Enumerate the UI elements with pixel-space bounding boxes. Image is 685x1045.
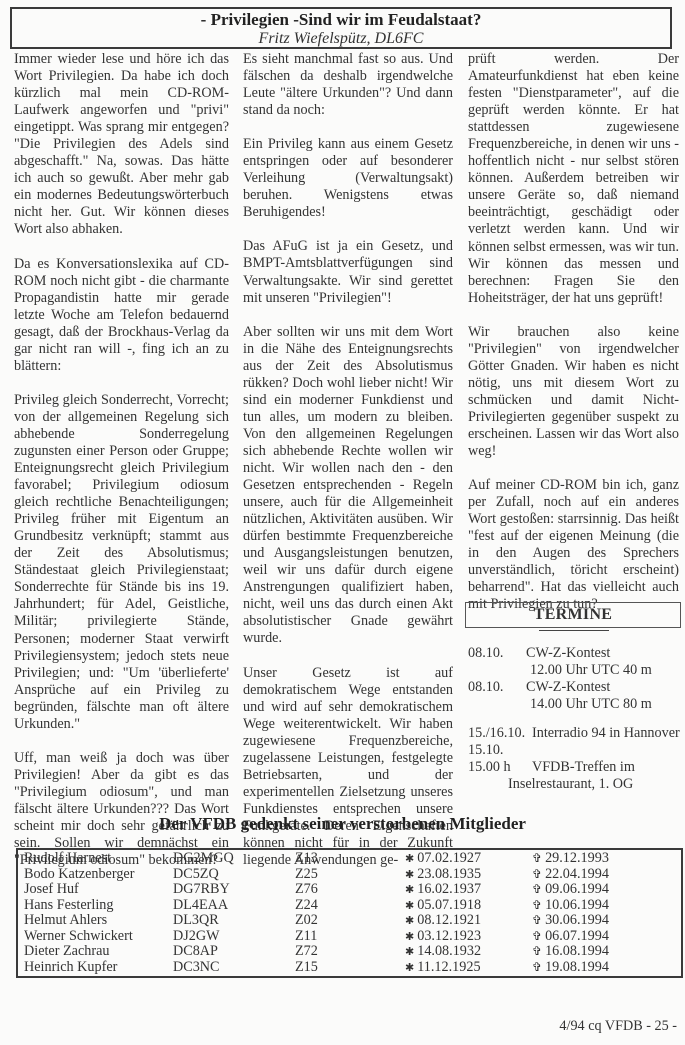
member-callsign: DJ2GW [173, 929, 295, 945]
member-name: Werner Schwickert [18, 929, 173, 945]
article-column-3: prüft werden. Der Amateurfunkdienst hat … [468, 51, 679, 631]
death-date: 22.04.1994 [545, 866, 609, 882]
member-callsign: DL4EAA [173, 898, 295, 914]
page-footer: 4/94 cq VFDB - 25 - [559, 1018, 677, 1035]
birth-star-icon: ✱ [405, 899, 414, 912]
paragraph: Es sieht manchmal fast so aus. Und fälsc… [243, 51, 453, 119]
article-column-2: Es sieht manchmal fast so aus. Und fälsc… [243, 51, 453, 886]
member-callsign: DC5ZQ [173, 867, 295, 883]
article-author: Fritz Wiefelspütz, DL6FC [12, 29, 670, 48]
death-cross-icon: ✞ [532, 929, 542, 943]
termine-date: 15./16.10. [468, 725, 532, 742]
paragraph: Unser Gesetz ist auf demokratischem Wege… [243, 665, 453, 870]
member-district: Z13 [295, 851, 405, 867]
member-district: Z72 [295, 944, 405, 960]
table-row: Josef Huf DG7RBY Z76 ✱16.02.1937 ✞09.06.… [18, 882, 681, 898]
death-cross-icon: ✞ [532, 851, 542, 865]
birth-star-icon: ✱ [405, 883, 414, 896]
birth-date: 16.02.1937 [417, 881, 481, 897]
death-cross-icon: ✞ [532, 867, 542, 881]
birth-star-icon: ✱ [405, 945, 414, 958]
member-callsign: DG7RBY [173, 882, 295, 898]
paragraph: Das AFuG ist ja ein Gesetz, und BMPT-Amt… [243, 238, 453, 306]
birth-star-icon: ✱ [405, 914, 414, 927]
termine-entry: 15.00 h VFDB-Treffen im [468, 759, 683, 776]
death-cross-icon: ✞ [532, 944, 542, 958]
member-callsign: DG2MGQ [173, 851, 295, 867]
member-name: Rudolf Harnest [18, 851, 173, 867]
termine-entry: 08.10. CW-Z-Kontest [468, 679, 683, 696]
death-date: 19.08.1994 [545, 959, 609, 975]
member-name: Heinrich Kupfer [18, 960, 173, 976]
birth-date: 07.02.1927 [417, 850, 481, 866]
death-date: 29.12.1993 [545, 850, 609, 866]
table-row: Bodo Katzenberger DC5ZQ Z25 ✱23.08.1935 … [18, 867, 681, 883]
birth-star-icon: ✱ [405, 930, 414, 943]
termine-detail: 14.00 Uhr UTC 80 m [468, 696, 683, 713]
death-cross-icon: ✞ [532, 960, 542, 974]
table-row: Rudolf Harnest DG2MGQ Z13 ✱07.02.1927 ✞2… [18, 851, 681, 867]
paragraph: prüft werden. Der Amateurfunkdienst hat … [468, 51, 679, 307]
birth-date: 11.12.1925 [417, 959, 480, 975]
termine-event: VFDB-Treffen im [532, 759, 683, 776]
paragraph: Immer wieder lese und höre ich das Wort … [14, 51, 229, 239]
termine-date: 15.00 h [468, 759, 532, 776]
table-row: Hans Festerling DL4EAA Z24 ✱05.07.1918 ✞… [18, 898, 681, 914]
termine-event: CW-Z-Kontest [526, 679, 683, 696]
termine-entry: 15.10. [468, 742, 683, 759]
paragraph: Auf meiner CD-ROM bin ich, ganz per Zufa… [468, 477, 679, 613]
member-district: Z02 [295, 913, 405, 929]
memorial-table: Rudolf Harnest DG2MGQ Z13 ✱07.02.1927 ✞2… [16, 848, 683, 978]
member-district: Z25 [295, 867, 405, 883]
table-row: Heinrich Kupfer DC3NC Z15 ✱11.12.1925 ✞1… [18, 960, 681, 976]
member-name: Hans Festerling [18, 898, 173, 914]
birth-star-icon: ✱ [405, 852, 414, 865]
death-date: 09.06.1994 [545, 881, 609, 897]
termine-entry: 15./16.10. Interradio 94 in Hannover [468, 725, 683, 742]
termine-detail: 12.00 Uhr UTC 40 m [468, 662, 683, 679]
termine-date: 15.10. [468, 742, 526, 759]
member-name: Bodo Katzenberger [18, 867, 173, 883]
birth-date: 08.12.1921 [417, 912, 481, 928]
member-name: Dieter Zachrau [18, 944, 173, 960]
member-district: Z11 [295, 929, 405, 945]
member-callsign: DC8AP [173, 944, 295, 960]
birth-date: 14.08.1932 [417, 943, 481, 959]
termine-entry: 08.10. CW-Z-Kontest [468, 645, 683, 662]
death-date: 16.08.1994 [545, 943, 609, 959]
termine-event [526, 742, 683, 759]
birth-date: 05.07.1918 [417, 897, 481, 913]
birth-date: 03.12.1923 [417, 928, 481, 944]
member-name: Helmut Ahlers [18, 913, 173, 929]
article-column-1: Immer wieder lese und höre ich das Wort … [14, 51, 229, 886]
termine-header-box: TERMINE [465, 602, 681, 628]
member-callsign: DC3NC [173, 960, 295, 976]
table-row: Werner Schwickert DJ2GW Z11 ✱03.12.1923 … [18, 929, 681, 945]
end-divider [539, 630, 609, 631]
memorial-heading: Der VFDB gedenkt seiner verstorbenen Mit… [0, 814, 685, 834]
death-cross-icon: ✞ [532, 913, 542, 927]
death-cross-icon: ✞ [532, 898, 542, 912]
paragraph: Aber sollten wir uns mit dem Wort in die… [243, 324, 453, 648]
termine-date: 08.10. [468, 679, 526, 696]
birth-star-icon: ✱ [405, 868, 414, 881]
member-district: Z76 [295, 882, 405, 898]
termine-detail: Inselrestaurant, 1. OG [468, 776, 683, 793]
termine-title: TERMINE [466, 603, 680, 626]
member-callsign: DL3QR [173, 913, 295, 929]
table-row: Helmut Ahlers DL3QR Z02 ✱08.12.1921 ✞30.… [18, 913, 681, 929]
paragraph: Ein Privileg kann aus einem Gesetz entsp… [243, 136, 453, 221]
death-date: 30.06.1994 [545, 912, 609, 928]
death-date: 10.06.1994 [545, 897, 609, 913]
member-name: Josef Huf [18, 882, 173, 898]
death-date: 06.07.1994 [545, 928, 609, 944]
paragraph: Da es Konversationslexika auf CD-ROM noc… [14, 256, 229, 375]
member-district: Z15 [295, 960, 405, 976]
termine-list: 08.10. CW-Z-Kontest 12.00 Uhr UTC 40 m 0… [468, 645, 683, 793]
paragraph: Privileg gleich Sonderrecht, Vorrecht; v… [14, 392, 229, 733]
birth-star-icon: ✱ [405, 961, 414, 974]
termine-event: CW-Z-Kontest [526, 645, 683, 662]
termine-date: 08.10. [468, 645, 526, 662]
paragraph: Wir brauchen also keine "Privilegien" vo… [468, 324, 679, 460]
death-cross-icon: ✞ [532, 882, 542, 896]
article-title: - Privilegien -Sind wir im Feudalstaat? [12, 10, 670, 29]
termine-event: Interradio 94 in Hannover [532, 725, 683, 742]
member-district: Z24 [295, 898, 405, 914]
birth-date: 23.08.1935 [417, 866, 481, 882]
table-row: Dieter Zachrau DC8AP Z72 ✱14.08.1932 ✞16… [18, 944, 681, 960]
article-title-box: - Privilegien -Sind wir im Feudalstaat? … [10, 7, 672, 49]
